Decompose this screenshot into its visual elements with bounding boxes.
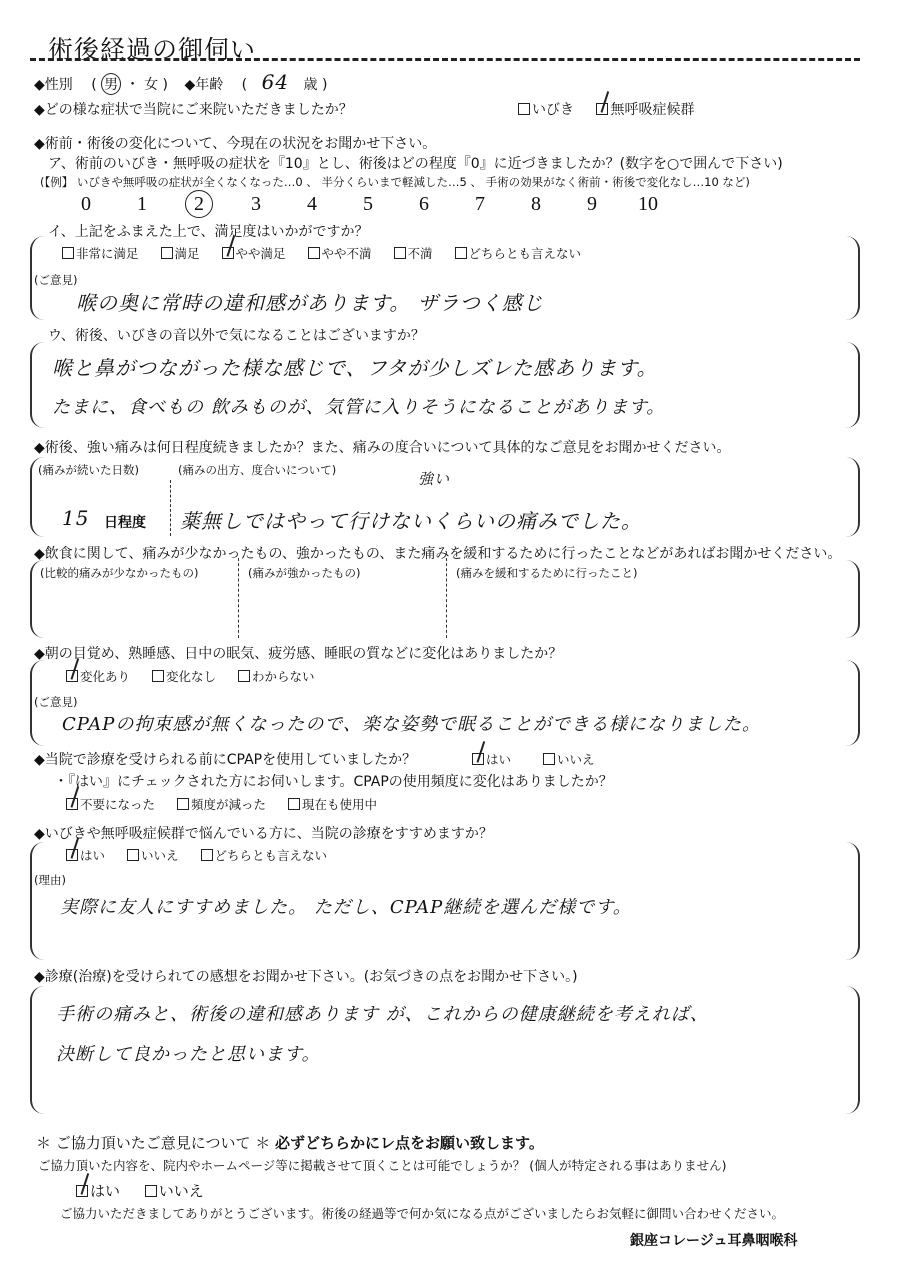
option-neither[interactable]: どちらとも言えない — [455, 244, 582, 262]
scale-4[interactable]: 4 — [284, 193, 340, 216]
food-col-less-pain-label: (比較的痛みが少なかったもの) — [40, 565, 198, 581]
option-consent-no[interactable]: いいえ — [145, 1180, 204, 1201]
satisfaction-comment[interactable]: 喉の奥に常時の違和感があります。 ザラつく感じ — [76, 287, 544, 316]
checkbox-apnea[interactable] — [596, 103, 608, 115]
scale-9[interactable]: 9 — [564, 193, 620, 216]
option-changed[interactable]: 変化あり — [66, 667, 130, 685]
pain-detail-insert: 強い — [418, 468, 450, 489]
pain-detail[interactable]: 薬無しではやって行けないくらいの痛みでした。 — [180, 505, 642, 534]
change-question: ◆術前・術後の変化について、今現在の状況をお聞かせ下さい。 — [34, 133, 436, 153]
gender-option-male[interactable]: 男 — [101, 73, 121, 95]
food-col-relief-label: (痛みを緩和するために行ったこと) — [456, 565, 637, 581]
other-concerns-line-1[interactable]: 喉と鼻がつながった様な感じで、フタが少しズレた感あります。 — [52, 352, 658, 381]
option-apnea[interactable]: 無呼吸症候群 — [596, 99, 694, 119]
recommend-reason[interactable]: 実際に友人にすすめました。 ただし、CPAP継続を選んだ様です。 — [60, 893, 632, 919]
gender-option-female[interactable]: 女 — [144, 77, 158, 93]
pain-question: ◆術後、強い痛みは何日程度続きましたか？また、痛みの度合いについて具体的なご意見… — [34, 437, 730, 457]
sleep-comment[interactable]: CPAPの拘束感が無くなったので、楽な姿勢で眠ることができる様になりました。 — [62, 710, 761, 736]
other-concerns-line-2[interactable]: たまに、食べもの 飲みものが、気管に入りそうになることがあります。 — [52, 393, 665, 419]
checkbox-changed[interactable] — [66, 670, 78, 682]
consent-heading-b: 必ずどちらかにレ点をお願い致します。 — [275, 1134, 544, 1152]
scale-8[interactable]: 8 — [508, 193, 564, 216]
option-dissatisfied[interactable]: 不満 — [394, 244, 433, 262]
food-divider-1 — [238, 558, 239, 638]
option-satisfied[interactable]: 満足 — [161, 244, 200, 262]
age-label: ◆年齢 — [184, 77, 223, 93]
gender-label: ◆性別 — [34, 77, 73, 93]
consent-heading: ＊ ご協力頂いたご意見について ＊ 必ずどちらかにレ点をお願い致します。 — [36, 1132, 544, 1153]
scale-3[interactable]: 3 — [228, 193, 284, 216]
option-no-change[interactable]: 変化なし — [152, 667, 216, 685]
scale-7[interactable]: 7 — [452, 193, 508, 216]
checkbox-very-satisfied[interactable] — [62, 247, 74, 259]
impressions-line-1[interactable]: 手術の痛みと、術後の違和感あります が、これからの健康継続を考えれば、 — [56, 1000, 709, 1026]
checkbox-reduced-frequency[interactable] — [177, 798, 189, 810]
option-somewhat-dissatisfied[interactable]: やや不満 — [308, 244, 372, 262]
checkbox-neither[interactable] — [455, 247, 467, 259]
scale-5[interactable]: 5 — [340, 193, 396, 216]
impressions-question: ◆診療(治療)を受けられての感想をお聞かせ下さい。(お気づきの点をお聞かせ下さい… — [34, 966, 578, 986]
checkbox-cpap-no[interactable] — [543, 753, 555, 765]
checkbox-consent-yes[interactable] — [76, 1185, 88, 1197]
consent-heading-a: ＊ ご協力頂いたご意見について ＊ — [36, 1134, 270, 1152]
checkbox-no-longer-needed[interactable] — [66, 798, 78, 810]
scale-0[interactable]: 0 — [58, 193, 114, 216]
option-still-using[interactable]: 現在も使用中 — [288, 795, 377, 813]
change-example: (【例】 いびきや無呼吸の症状が全くなくなった…0 、 半分くらいまで軽減した…… — [40, 174, 750, 190]
checkbox-somewhat-dissatisfied[interactable] — [308, 247, 320, 259]
checkbox-dissatisfied[interactable] — [394, 247, 406, 259]
age-unit: 歳 — [304, 77, 318, 93]
symptoms-options: いびき 無呼吸症候群 — [518, 99, 712, 119]
option-snoring[interactable]: いびき — [518, 99, 574, 119]
scale-2-selected[interactable]: 2 — [185, 190, 213, 218]
option-cpap-yes[interactable]: はい — [472, 750, 511, 768]
option-consent-yes[interactable]: はい — [76, 1180, 120, 1201]
cpap-question: ◆当院で診療を受けられる前にCPAPを使用していましたか？ — [34, 749, 416, 769]
option-very-satisfied[interactable]: 非常に満足 — [62, 244, 139, 262]
option-recommend-no[interactable]: いいえ — [127, 846, 179, 864]
sleep-comment-label: (ご意見) — [34, 694, 77, 710]
consent-options: はい いいえ — [76, 1180, 222, 1201]
pain-detail-label: (痛みの出方、度合いについて) — [178, 462, 336, 478]
checkbox-recommend-neither[interactable] — [201, 849, 213, 861]
pain-divider — [170, 480, 171, 536]
thanks-message: ご協力いただきましてありがとうございます。術後の経過等で何か気になる点がございま… — [60, 1204, 784, 1222]
sleep-options: 変化あり 変化なし わからない — [66, 667, 333, 685]
clinic-name: 銀座コレージュ耳鼻咽喉科 — [630, 1230, 797, 1250]
recommend-options: はい いいえ どちらとも言えない — [66, 846, 345, 864]
improvement-scale: 012345678910 — [58, 190, 676, 218]
symptoms-question: ◆どの様な症状で当院にご来院いただきましたか？ — [34, 99, 353, 119]
checkbox-snoring[interactable] — [518, 103, 530, 115]
consent-question: ご協力頂いた内容を、院内やホームページ等に掲載させて頂くことは可能でしょうか？ … — [38, 1156, 726, 1174]
cpap-followup-question: ・『はい』にチェックされた方にお伺いします。CPAPの使用頻度に変化はありました… — [54, 771, 613, 791]
title-divider — [30, 58, 860, 61]
option-unknown[interactable]: わからない — [238, 667, 315, 685]
recommend-reason-label: (理由) — [34, 872, 66, 888]
checkbox-recommend-no[interactable] — [127, 849, 139, 861]
scale-6[interactable]: 6 — [396, 193, 452, 216]
option-reduced-frequency[interactable]: 頻度が減った — [177, 795, 266, 813]
food-col-more-pain-label: (痛みが強かったもの) — [248, 565, 360, 581]
pain-days-value[interactable]: 15 — [62, 506, 89, 530]
option-recommend-neither[interactable]: どちらとも言えない — [201, 846, 328, 864]
satisfaction-options: 非常に満足 満足 やや満足 やや不満 不満 どちらとも言えない — [62, 244, 599, 262]
satisfaction-comment-label: (ご意見) — [34, 272, 77, 288]
food-divider-2 — [446, 558, 447, 638]
scale-1[interactable]: 1 — [114, 193, 170, 216]
option-no-longer-needed[interactable]: 不要になった — [66, 795, 155, 813]
cpap-options: はい いいえ — [472, 750, 613, 768]
cpap-followup-options: 不要になった 頻度が減った 現在も使用中 — [66, 795, 395, 813]
option-cpap-no[interactable]: いいえ — [543, 750, 595, 768]
pain-days-unit: 日程度 — [104, 512, 146, 532]
age-value[interactable]: 64 — [262, 70, 289, 94]
recommend-question: ◆いびきや無呼吸症候群で悩んでいる方に、当院の診療をすすめますか？ — [34, 823, 493, 843]
option-somewhat-satisfied[interactable]: やや満足 — [222, 244, 286, 262]
impressions-line-2[interactable]: 決断して良かったと思います。 — [56, 1040, 321, 1066]
pain-days-label: (痛みが続いた日数) — [38, 462, 139, 478]
change-sub-a: ア、術前のいびき・無呼吸の症状を『10』とし、術後はどの程度『0』に近づきました… — [48, 153, 783, 173]
checkbox-unknown[interactable] — [238, 670, 250, 682]
checkbox-satisfied[interactable] — [161, 247, 173, 259]
option-recommend-yes[interactable]: はい — [66, 846, 105, 864]
checkbox-consent-no[interactable] — [145, 1185, 157, 1197]
checkbox-cpap-yes[interactable] — [472, 753, 484, 765]
checkbox-no-change[interactable] — [152, 670, 164, 682]
scale-10[interactable]: 10 — [620, 193, 676, 216]
checkbox-recommend-yes[interactable] — [66, 849, 78, 861]
gender-age-row: ◆性別 ( 男 ・ 女 ) ◆年齢 ( 64 歳 ) — [34, 70, 327, 95]
checkbox-still-using[interactable] — [288, 798, 300, 810]
checkbox-somewhat-satisfied[interactable] — [222, 247, 234, 259]
